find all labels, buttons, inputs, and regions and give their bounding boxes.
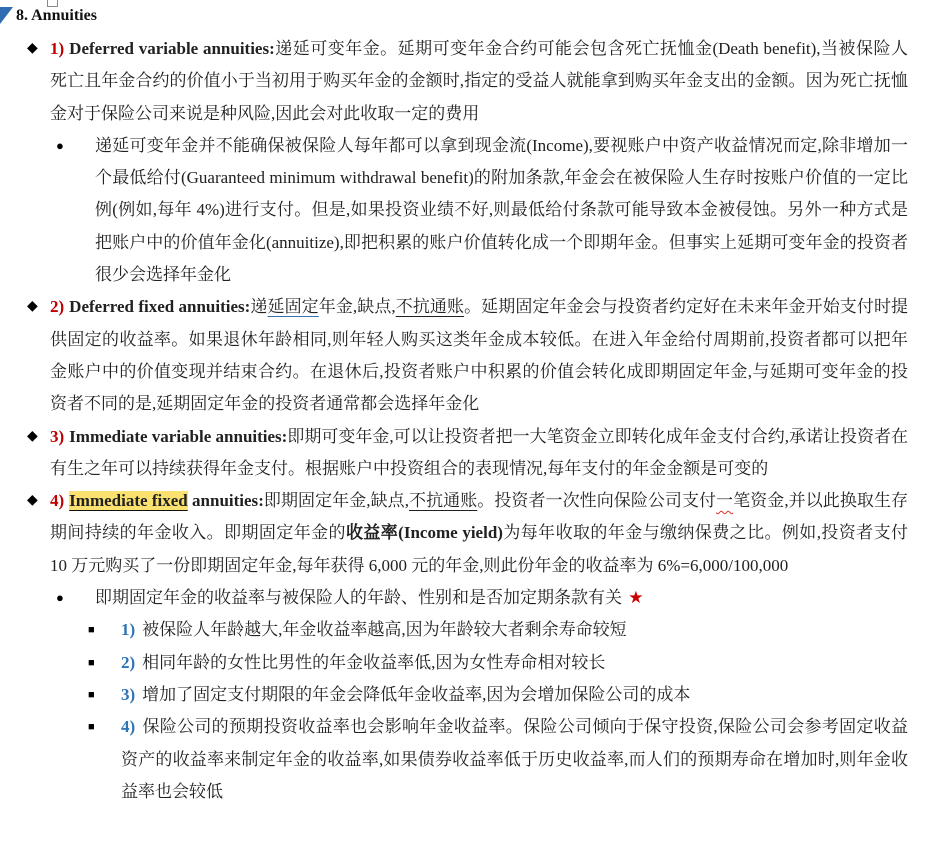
document-page: 8. Annuities ◆1)Deferred variable annuit… <box>0 0 939 856</box>
term-title-highlighted: Immediate fixed <box>69 491 188 510</box>
text-run: 被保险人年龄越大,年金收益率越高,因为年龄较大者剩余寿命较短 <box>142 620 627 639</box>
important-star-icon: ★ <box>628 588 643 607</box>
bullet-square-icon: ■ <box>88 647 95 679</box>
text-run: 不抗通账 <box>396 297 464 316</box>
bullet-diamond-icon: ◆ <box>27 33 38 65</box>
text-run: 延固定 <box>268 297 319 316</box>
anchor-handle <box>47 0 58 7</box>
term-title: Immediate variable annuities <box>69 427 282 446</box>
item-number: 2) <box>121 653 135 672</box>
paragraph-block: ◆3)Immediate variable annuities:即期可变年金,可… <box>0 421 939 486</box>
paragraph-block: ◆1)Deferred variable annuities:递延可变年金。延期… <box>0 33 939 130</box>
paragraph-block: ●递延可变年金并不能确保被保险人每年都可以拿到现金流(Income),要视账户中… <box>0 130 939 291</box>
bullet-square-icon: ■ <box>88 711 95 743</box>
item-number: 2) <box>50 297 64 316</box>
text-run: 递 <box>250 297 267 316</box>
text-run: 相同年龄的女性比男性的年金收益率低,因为女性寿命相对较长 <box>142 653 605 672</box>
item-number: 1) <box>50 39 64 58</box>
item-number: 4) <box>121 717 135 736</box>
item-number: 3) <box>50 427 64 446</box>
bullet-diamond-icon: ◆ <box>27 291 38 323</box>
term-title: Deferred fixed annuities <box>69 297 245 316</box>
paragraph-block: ◆2)Deferred fixed annuities:递延固定年金,缺点,不抗… <box>0 291 939 420</box>
paragraph-block: ◆4)Immediate fixed annuities:即期固定年金,缺点,不… <box>0 485 939 582</box>
text-run: 年金,缺点, <box>319 297 396 316</box>
bullet-circle-icon: ● <box>56 582 64 614</box>
text-run: 收益率(Income yield) <box>346 523 503 542</box>
bullet-square-icon: ■ <box>88 679 95 711</box>
text-run: 保险公司的预期投资收益率也会影响年金收益率。保险公司倾向于保守投资,保险公司会参… <box>121 717 908 801</box>
text-run: 不抗通账 <box>409 491 477 510</box>
term-title: Deferred variable annuities <box>69 39 269 58</box>
bullet-diamond-icon: ◆ <box>27 421 38 453</box>
text-run: 递延可变年金并不能确保被保险人每年都可以拿到现金流(Income),要视账户中资… <box>95 136 908 284</box>
paragraph-block: ●即期固定年金的收益率与被保险人的年龄、性别和是否加定期条款有关 ★ <box>0 582 939 614</box>
item-number: 1) <box>121 620 135 639</box>
text-run: 。投资者一次性向保险公司支付 <box>477 491 716 510</box>
spellcheck-flagged-text: 一 <box>716 491 733 510</box>
paragraph-block: ■2)相同年龄的女性比男性的年金收益率低,因为女性寿命相对较长 <box>0 647 939 679</box>
term-title: annuities <box>188 491 258 510</box>
item-number: 3) <box>121 685 135 704</box>
item-number: 4) <box>50 491 64 510</box>
bullet-circle-icon: ● <box>56 130 64 162</box>
outline-collapse-icon[interactable] <box>0 7 13 24</box>
text-run: 即期固定年金的收益率与被保险人的年龄、性别和是否加定期条款有关 <box>95 588 626 607</box>
text-run: 即期固定年金,缺点, <box>264 491 409 510</box>
paragraph-block: ■3)增加了固定支付期限的年金会降低年金收益率,因为会增加保险公司的成本 <box>0 679 939 711</box>
bullet-diamond-icon: ◆ <box>27 485 38 517</box>
paragraph-block: ■1)被保险人年龄越大,年金收益率越高,因为年龄较大者剩余寿命较短 <box>0 614 939 646</box>
text-run: 增加了固定支付期限的年金会降低年金收益率,因为会增加保险公司的成本 <box>142 685 690 704</box>
paragraph-block: ■4)保险公司的预期投资收益率也会影响年金收益率。保险公司倾向于保守投资,保险公… <box>0 711 939 808</box>
section-heading: 8. Annuities <box>0 2 939 26</box>
document-body: ◆1)Deferred variable annuities:递延可变年金。延期… <box>0 33 939 808</box>
bullet-square-icon: ■ <box>88 614 95 646</box>
heading-text: 8. Annuities <box>16 5 97 26</box>
